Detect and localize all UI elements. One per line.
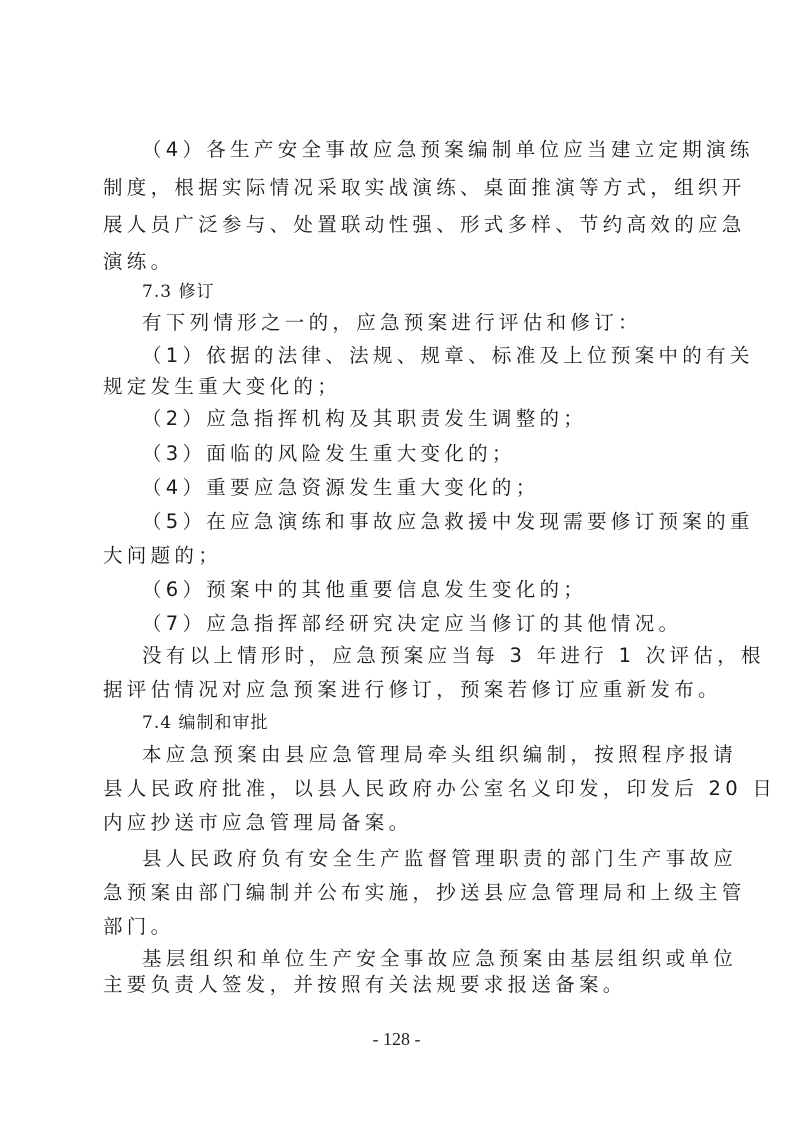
list-item-line: （1）依据的法律、法规、规章、标准及上位预案中的有关 bbox=[142, 343, 693, 369]
paragraph-line: 据评估情况对应急预案进行修订，预案若修订应重新发布。 bbox=[103, 677, 693, 703]
paragraph-line: 县人民政府负有安全生产监督管理职责的部门生产事故应 bbox=[142, 846, 693, 872]
list-item-line: （7）应急指挥部经研究决定应当修订的其他情况。 bbox=[142, 611, 693, 637]
list-item-line: （6）预案中的其他重要信息发生变化的； bbox=[142, 577, 693, 603]
list-item-line: （2）应急指挥机构及其职责发生调整的； bbox=[142, 406, 693, 432]
list-item-line: （4）重要应急资源发生重大变化的； bbox=[142, 475, 693, 501]
paragraph-line: 有下列情形之一的，应急预案进行评估和修订： bbox=[142, 310, 693, 336]
list-item-line: （5）在应急演练和事故应急救援中发现需要修订预案的重 bbox=[142, 509, 693, 535]
paragraph-line: 制度，根据实际情况采取实战演练、桌面推演等方式，组织开 bbox=[103, 175, 693, 201]
paragraph-line: 没有以上情形时，应急预案应当每 3 年进行 1 次评估，根 bbox=[142, 643, 693, 669]
section-heading-7-3: 7.3 修订 bbox=[142, 279, 732, 305]
paragraph-line: 本应急预案由县应急管理局牵头组织编制，按照程序报请 bbox=[142, 742, 693, 768]
paragraph-line: （4）各生产安全事故应急预案编制单位应当建立定期演练 bbox=[142, 137, 693, 163]
paragraph-line: 演练。 bbox=[103, 249, 693, 275]
paragraph-line: 县人民政府批准，以县人民政府办公室名义印发，印发后 20 日 bbox=[103, 776, 693, 802]
section-heading-7-4: 7.4 编制和审批 bbox=[142, 710, 732, 736]
paragraph-line: 部门。 bbox=[103, 914, 693, 940]
page-number: - 128 - bbox=[0, 1029, 793, 1050]
list-item-line: 规定发生重大变化的； bbox=[103, 374, 693, 400]
paragraph-line: 内应抄送市应急管理局备案。 bbox=[103, 810, 693, 836]
paragraph-line: 主要负责人签发，并按照有关法规要求报送备案。 bbox=[103, 972, 693, 998]
list-item-line: 大问题的； bbox=[103, 543, 693, 569]
paragraph-line: 展人员广泛参与、处置联动性强、形式多样、节约高效的应急 bbox=[103, 212, 693, 238]
paragraph-line: 基层组织和单位生产安全事故应急预案由基层组织或单位 bbox=[142, 946, 693, 972]
list-item-line: （3）面临的风险发生重大变化的； bbox=[142, 441, 693, 467]
paragraph-line: 急预案由部门编制并公布实施，抄送县应急管理局和上级主管 bbox=[103, 880, 693, 906]
